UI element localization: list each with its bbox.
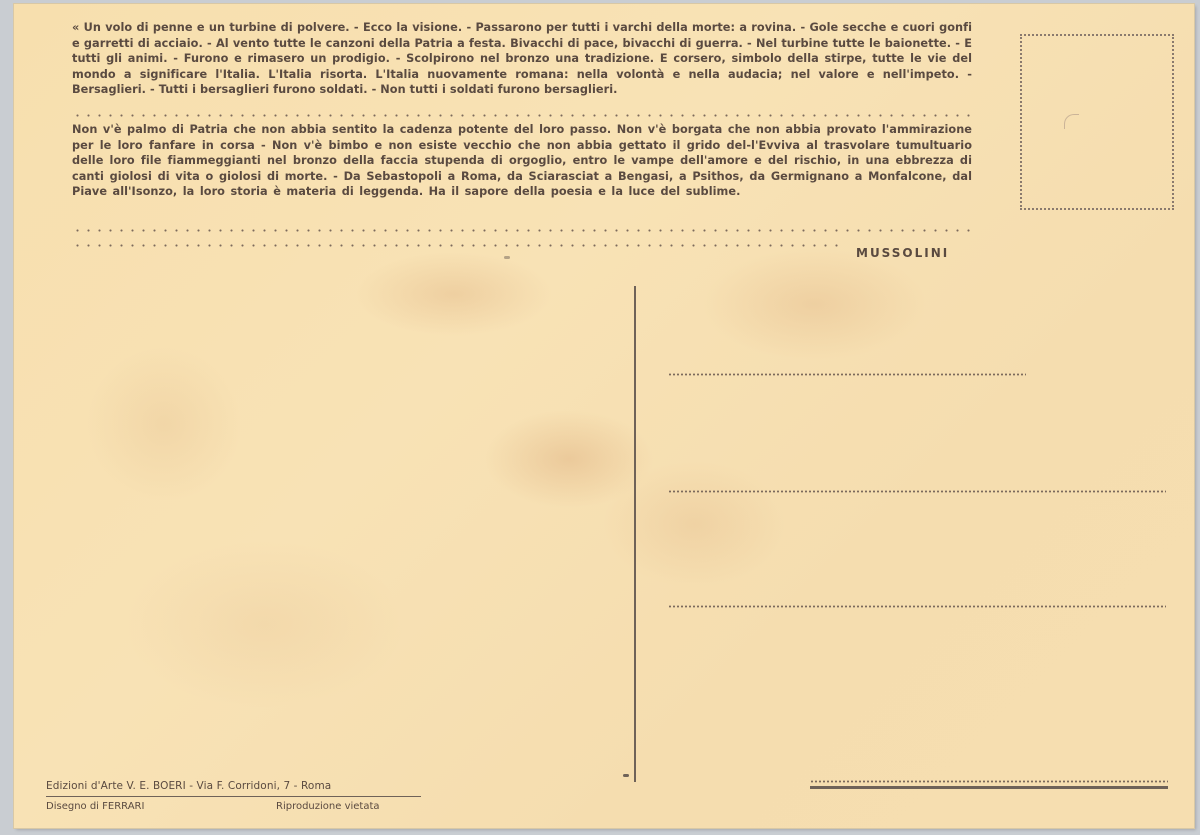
designer-credit: Disegno di FERRARI — [46, 801, 144, 812]
address-line-3 — [668, 605, 1166, 608]
address-line-1 — [668, 373, 1026, 376]
address-line-4 — [810, 780, 1168, 783]
pencil-mark-icon — [1064, 114, 1079, 129]
dotted-separator-2 — [72, 229, 972, 232]
address-solid-line — [810, 786, 1168, 789]
stamp-placeholder-box — [1020, 34, 1174, 210]
reproduction-notice: Riproduzione vietata — [276, 801, 380, 812]
ink-smudge — [623, 774, 629, 777]
dotted-separator-3 — [72, 244, 844, 247]
dotted-separator-1 — [72, 114, 972, 117]
quote-author: MUSSOLINI — [856, 246, 949, 260]
postcard-back: « Un volo di penne e un turbine di polve… — [14, 4, 1194, 828]
quote-paragraph-1: « Un volo di penne e un turbine di polve… — [72, 20, 972, 98]
vertical-divider-line — [634, 286, 636, 782]
ink-smudge — [504, 256, 510, 259]
address-line-2 — [668, 490, 1166, 493]
publisher-credit: Edizioni d'Arte V. E. BOERI - Via F. Cor… — [46, 780, 421, 797]
quote-paragraph-2: Non v'è palmo di Patria che non abbia se… — [72, 122, 972, 200]
